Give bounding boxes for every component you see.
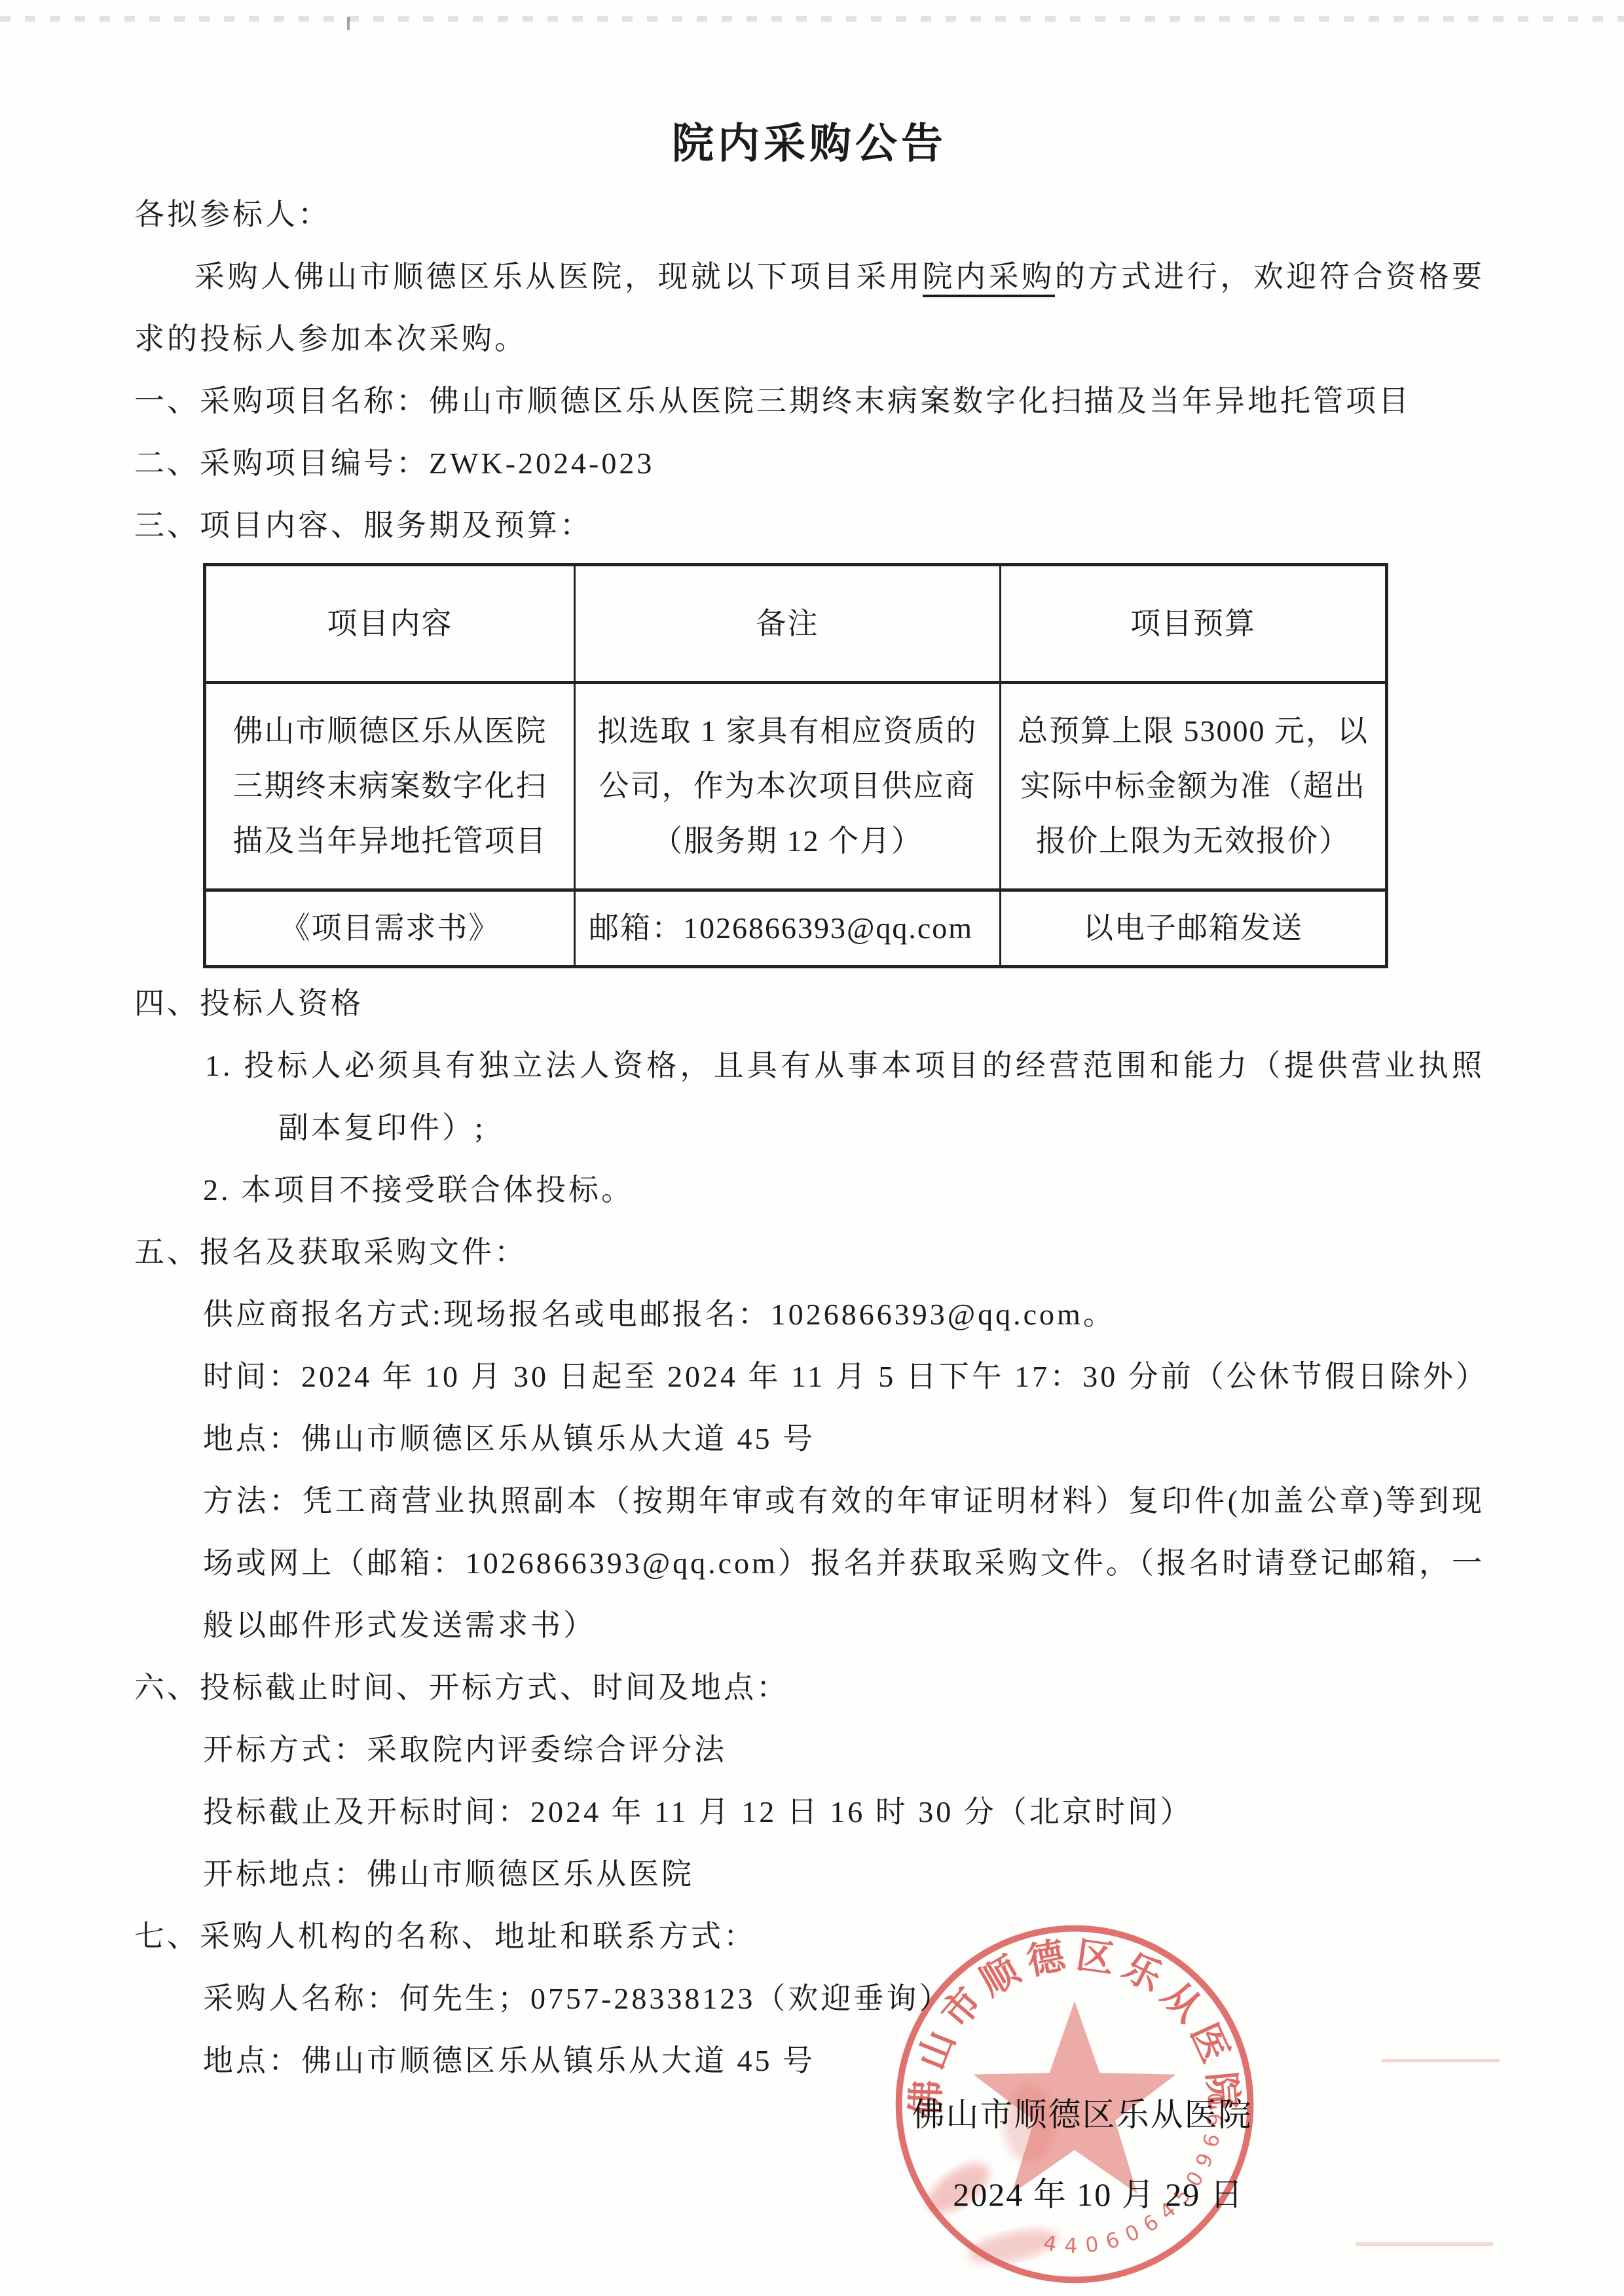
page-title: 院内采购公告 xyxy=(134,110,1485,178)
col-header-project-content: 项目内容 xyxy=(205,565,575,683)
section-7-heading: 七、采购人机构的名称、地址和联系方式： xyxy=(134,1905,1485,1967)
seal-ink-smudge xyxy=(966,2223,1060,2269)
col-header-remarks: 备注 xyxy=(575,565,1001,683)
signature-date: 2024 年 10 月 29 日 xyxy=(933,2175,1264,2214)
scan-artifact-tick xyxy=(347,17,350,30)
section-3-heading: 三、项目内容、服务期及预算： xyxy=(134,494,1485,556)
section-5-line-registration: 供应商报名方式:现场报名或电邮报名：1026866393@qq.com。 xyxy=(203,1283,1485,1345)
scan-artifact-streak xyxy=(1356,2242,1493,2246)
section-2-project-number: 二、采购项目编号：ZWK-2024-023 xyxy=(134,432,1485,494)
table-row: 《项目需求书》 邮箱：1026866393@qq.com 以电子邮箱发送 xyxy=(205,890,1387,967)
section-6-line-deadline: 投标截止及开标时间：2024 年 11 月 12 日 16 时 30 分（北京时… xyxy=(203,1781,1485,1843)
section-5-line-time: 时间：2024 年 10 月 30 日起至 2024 年 11 月 5 日下午 … xyxy=(203,1345,1485,1408)
table-header-row: 项目内容 备注 项目预算 xyxy=(205,565,1387,683)
scanned-document-page: 院内采购公告 各拟参标人： 采购人佛山市顺德区乐从医院，现就以下项目采用院内采购… xyxy=(0,0,1624,2296)
section-4-item-2: 2. 本项目不接受联合体投标。 xyxy=(203,1159,1485,1221)
section-5-line-location: 地点：佛山市顺德区乐从镇乐从大道 45 号 xyxy=(203,1408,1485,1470)
signature-organization: 佛山市顺德区乐从医院 xyxy=(904,2095,1261,2134)
cell-requirement-doc: 《项目需求书》 xyxy=(205,890,575,967)
section-1-project-name: 一、采购项目名称：佛山市顺德区乐从医院三期终末病案数字化扫描及当年异地托管项目 xyxy=(134,370,1485,432)
section-7-line-contact: 采购人名称：何先生；0757-28338123（欢迎垂询） xyxy=(203,1967,1485,2030)
cell-send-method: 以电子邮箱发送 xyxy=(1001,890,1387,967)
section-5-line-method: 方法：凭工商营业执照副本（按期年审或有效的年审证明材料）复印件(加盖公章)等到现… xyxy=(203,1470,1485,1656)
section-6-line-venue: 开标地点：佛山市顺德区乐从医院 xyxy=(203,1843,1485,1905)
section-7-line-address: 地点：佛山市顺德区乐从镇乐从大道 45 号 xyxy=(203,2030,1485,2092)
cell-project-content: 佛山市顺德区乐从医院三期终末病案数字化扫描及当年异地托管项目 xyxy=(205,683,575,890)
section-4-heading: 四、投标人资格 xyxy=(134,972,1485,1034)
cell-email: 邮箱：1026866393@qq.com xyxy=(575,890,1001,967)
section-6-heading: 六、投标截止时间、开标方式、时间及地点： xyxy=(134,1656,1485,1719)
intro-paragraph: 采购人佛山市顺德区乐从医院，现就以下项目采用院内采购的方式进行，欢迎符合资格要求… xyxy=(134,246,1485,370)
section-5-heading: 五、报名及获取采购文件： xyxy=(134,1221,1485,1283)
col-header-budget: 项目预算 xyxy=(1001,565,1387,683)
document-body: 院内采购公告 各拟参标人： 采购人佛山市顺德区乐从医院，现就以下项目采用院内采购… xyxy=(134,110,1485,2092)
section-4-item-1: 1. 投标人必须具有独立法人资格，且具有从事本项目的经营范围和能力（提供营业执照… xyxy=(278,1034,1485,1159)
cell-remarks: 拟选取 1 家具有相应资质的公司，作为本次项目供应商（服务期 12 个月） xyxy=(575,683,1001,890)
project-info-table: 项目内容 备注 项目预算 佛山市顺德区乐从医院三期终末病案数字化扫描及当年异地托… xyxy=(203,563,1388,968)
table-row: 佛山市顺德区乐从医院三期终末病案数字化扫描及当年异地托管项目 拟选取 1 家具有… xyxy=(205,683,1387,890)
cell-budget: 总预算上限 53000 元，以实际中标金额为准（超出报价上限为无效报价） xyxy=(1001,683,1387,890)
section-6-line-method: 开标方式：采取院内评委综合评分法 xyxy=(203,1719,1485,1781)
intro-underlined-term: 院内采购 xyxy=(923,260,1055,297)
scan-artifact-band xyxy=(0,16,1624,22)
intro-text-before: 采购人佛山市顺德区乐从医院，现就以下项目采用 xyxy=(194,260,923,293)
salutation: 各拟参标人： xyxy=(134,183,1485,246)
